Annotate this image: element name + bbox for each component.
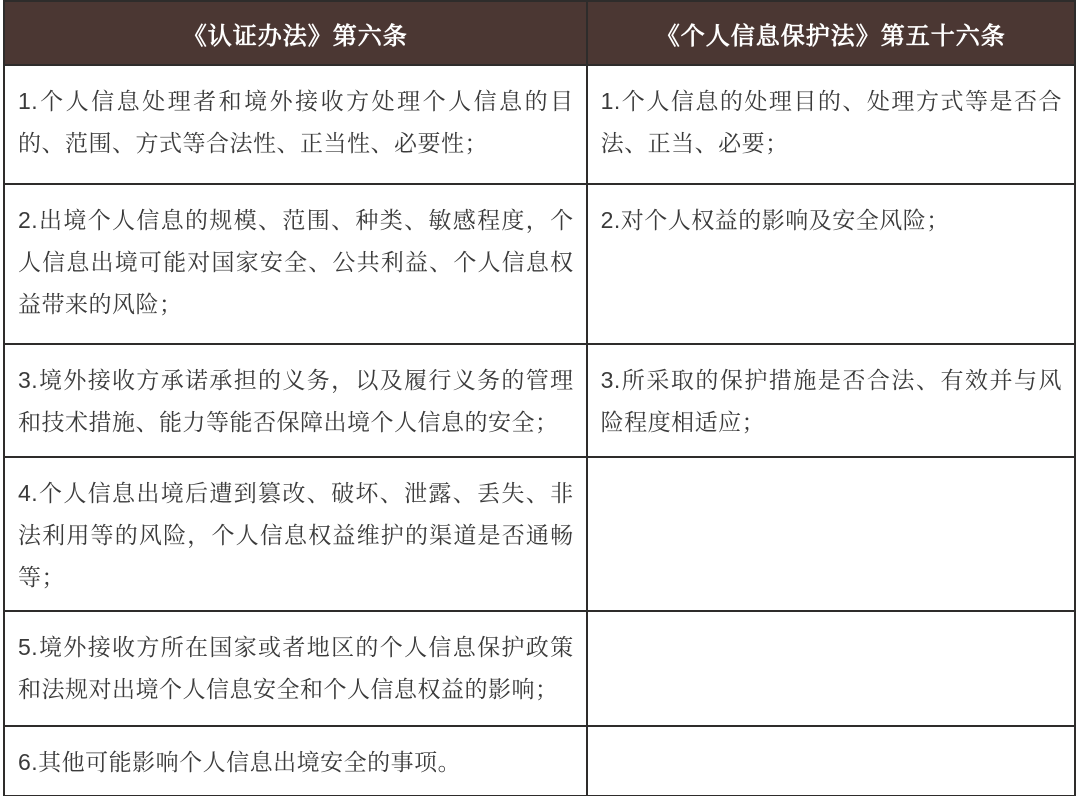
cell-item-5-left: 5.境外接收方所在国家或者地区的个人信息保护政策和法规对出境个人信息安全和个人信… [4,611,587,726]
table-header-row: 《认证办法》第六条 《个人信息保护法》第五十六条 [4,1,1075,65]
document-page: 《认证办法》第六条 《个人信息保护法》第五十六条 1.个人信息处理者和境外接收方… [0,0,1080,796]
header-cell-pipl-article-56: 《个人信息保护法》第五十六条 [587,1,1075,65]
table-row: 2.出境个人信息的规模、范围、种类、敏感程度，个人信息出境可能对国家安全、公共利… [4,184,1075,344]
comparison-table: 《认证办法》第六条 《个人信息保护法》第五十六条 1.个人信息处理者和境外接收方… [3,0,1076,796]
cell-item-6-left: 6.其他可能影响个人信息出境安全的事项。 [4,726,587,796]
cell-item-2-left: 2.出境个人信息的规模、范围、种类、敏感程度，个人信息出境可能对国家安全、公共利… [4,184,587,344]
cell-item-5-right [587,611,1075,726]
cell-item-3-right: 3.所采取的保护措施是否合法、有效并与风险程度相适应； [587,344,1075,457]
cell-item-1-left: 1.个人信息处理者和境外接收方处理个人信息的目的、范围、方式等合法性、正当性、必… [4,65,587,184]
table-row: 6.其他可能影响个人信息出境安全的事项。 [4,726,1075,796]
cell-item-2-right: 2.对个人权益的影响及安全风险； [587,184,1075,344]
table-row: 1.个人信息处理者和境外接收方处理个人信息的目的、范围、方式等合法性、正当性、必… [4,65,1075,184]
table-row: 3.境外接收方承诺承担的义务，以及履行义务的管理和技术措施、能力等能否保障出境个… [4,344,1075,457]
table-row: 4.个人信息出境后遭到篡改、破坏、泄露、丢失、非法利用等的风险，个人信息权益维护… [4,457,1075,611]
cell-item-1-right: 1.个人信息的处理目的、处理方式等是否合法、正当、必要； [587,65,1075,184]
table-row: 5.境外接收方所在国家或者地区的个人信息保护政策和法规对出境个人信息安全和个人信… [4,611,1075,726]
cell-item-4-left: 4.个人信息出境后遭到篡改、破坏、泄露、丢失、非法利用等的风险，个人信息权益维护… [4,457,587,611]
cell-item-4-right [587,457,1075,611]
cell-item-6-right [587,726,1075,796]
cell-item-3-left: 3.境外接收方承诺承担的义务，以及履行义务的管理和技术措施、能力等能否保障出境个… [4,344,587,457]
header-cell-certification-measures: 《认证办法》第六条 [4,1,587,65]
